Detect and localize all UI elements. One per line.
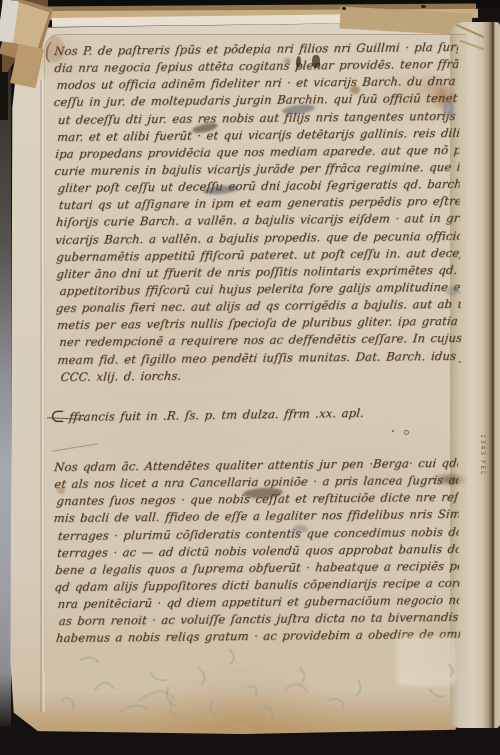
foxing-spot (284, 58, 291, 64)
manuscript-photograph: ( Nos P. de paſtreris ſpūs et pōdepia nr… (0, 0, 500, 755)
corner-stain (46, 36, 64, 62)
edge-speck (421, 5, 426, 8)
paper-repair-patch (396, 636, 456, 686)
heavy-ink-mark (312, 55, 320, 68)
entry-2-text-block: Nos qdam āc. Attendētes qualiter attenti… (54, 456, 460, 649)
foxing-spot (350, 86, 360, 94)
registration-note-text: ffrancis fuit in .R. ſs. p. tm dulza. ff… (68, 405, 364, 423)
heavy-ink-blot (431, 472, 467, 487)
entry-1-lines: Nos P. de paſtreris ſpūs et pōdepia nri … (54, 40, 462, 387)
fore-edge-note: 1343·FEL (479, 434, 487, 476)
ink-ring-mark (404, 430, 409, 435)
table-surface-strip (0, 55, 11, 727)
foxing-spot (57, 487, 65, 494)
edge-speck (342, 7, 346, 10)
entry-2-lines: Nos qdam āc. Attendētes qualiter attenti… (54, 456, 460, 632)
registration-note-row: ⊂ ffrancis fuit in .R. ſs. p. tm dulza. … (50, 402, 364, 427)
gray-ink-smudge (446, 286, 459, 296)
entry-1-text-block: Nos P. de paſtreris ſpūs et pōdepia nri … (54, 40, 462, 387)
gray-ink-smudge (443, 99, 454, 118)
ink-dot (392, 430, 394, 432)
gray-ink-smudge (293, 525, 308, 533)
